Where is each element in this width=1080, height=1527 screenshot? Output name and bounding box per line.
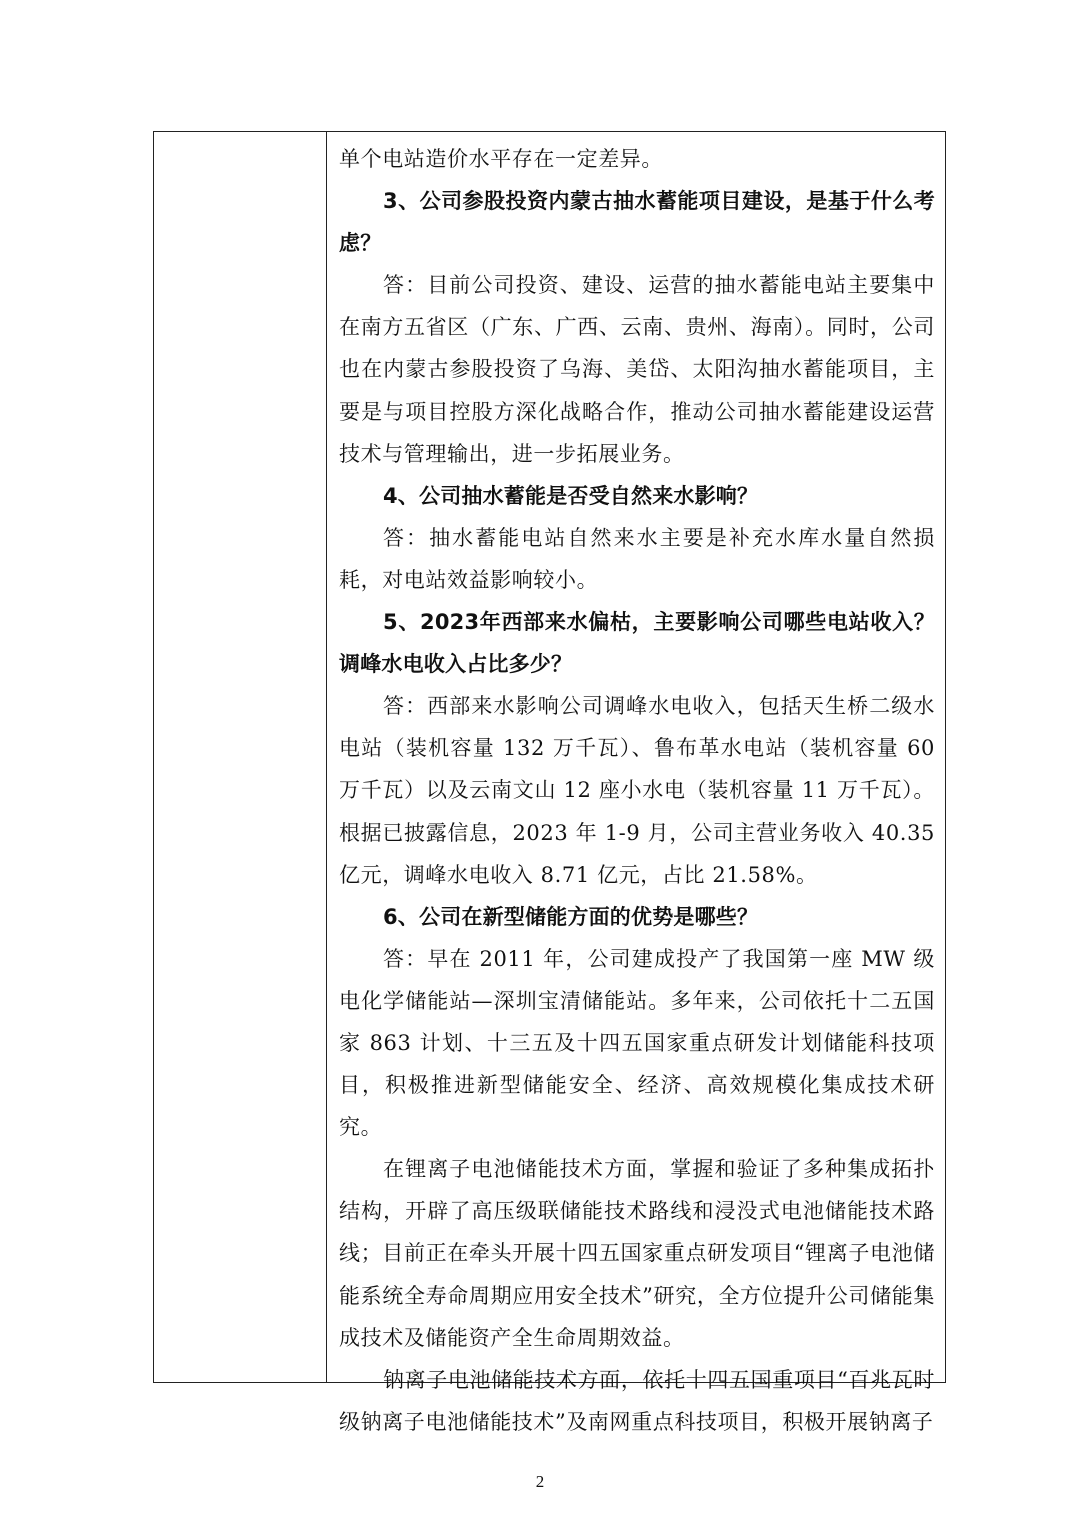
page-number: 2 xyxy=(0,1472,1080,1492)
answer-4: 答：抽水蓄能电站自然来水主要是补充水库水量自然损耗，对电站效益影响较小。 xyxy=(339,517,935,601)
question-3: 3、公司参股投资内蒙古抽水蓄能项目建设，是基于什么考虑？ xyxy=(339,180,935,264)
answer-6-paragraph-1: 答：早在 2011 年，公司建成投产了我国第一座 MW 级电化学储能站—深圳宝清… xyxy=(339,938,935,1148)
continuation-paragraph: 单个电站造价水平存在一定差异。 xyxy=(339,138,935,180)
question-6: 6、公司在新型储能方面的优势是哪些？ xyxy=(339,896,935,938)
answer-6-paragraph-2: 在锂离子电池储能技术方面，掌握和验证了多种集成拓扑结构，开辟了高压级联储能技术路… xyxy=(339,1148,935,1358)
question-5: 5、2023年西部来水偏枯，主要影响公司哪些电站收入？调峰水电收入占比多少？ xyxy=(339,601,935,685)
answer-6-paragraph-3: 钠离子电池储能技术方面，依托十四五国重项目“百兆瓦时级钠离子电池储能技术”及南网… xyxy=(339,1359,935,1443)
table-left-column xyxy=(154,132,327,1382)
table-right-column: 单个电站造价水平存在一定差异。 3、公司参股投资内蒙古抽水蓄能项目建设，是基于什… xyxy=(328,132,945,1382)
answer-5: 答：西部来水影响公司调峰水电收入，包括天生桥二级水电站（装机容量 132 万千瓦… xyxy=(339,685,935,895)
answer-3: 答：目前公司投资、建设、运营的抽水蓄能电站主要集中在南方五省区（广东、广西、云南… xyxy=(339,264,935,474)
qa-table: 单个电站造价水平存在一定差异。 3、公司参股投资内蒙古抽水蓄能项目建设，是基于什… xyxy=(153,131,946,1383)
question-4: 4、公司抽水蓄能是否受自然来水影响？ xyxy=(339,475,935,517)
